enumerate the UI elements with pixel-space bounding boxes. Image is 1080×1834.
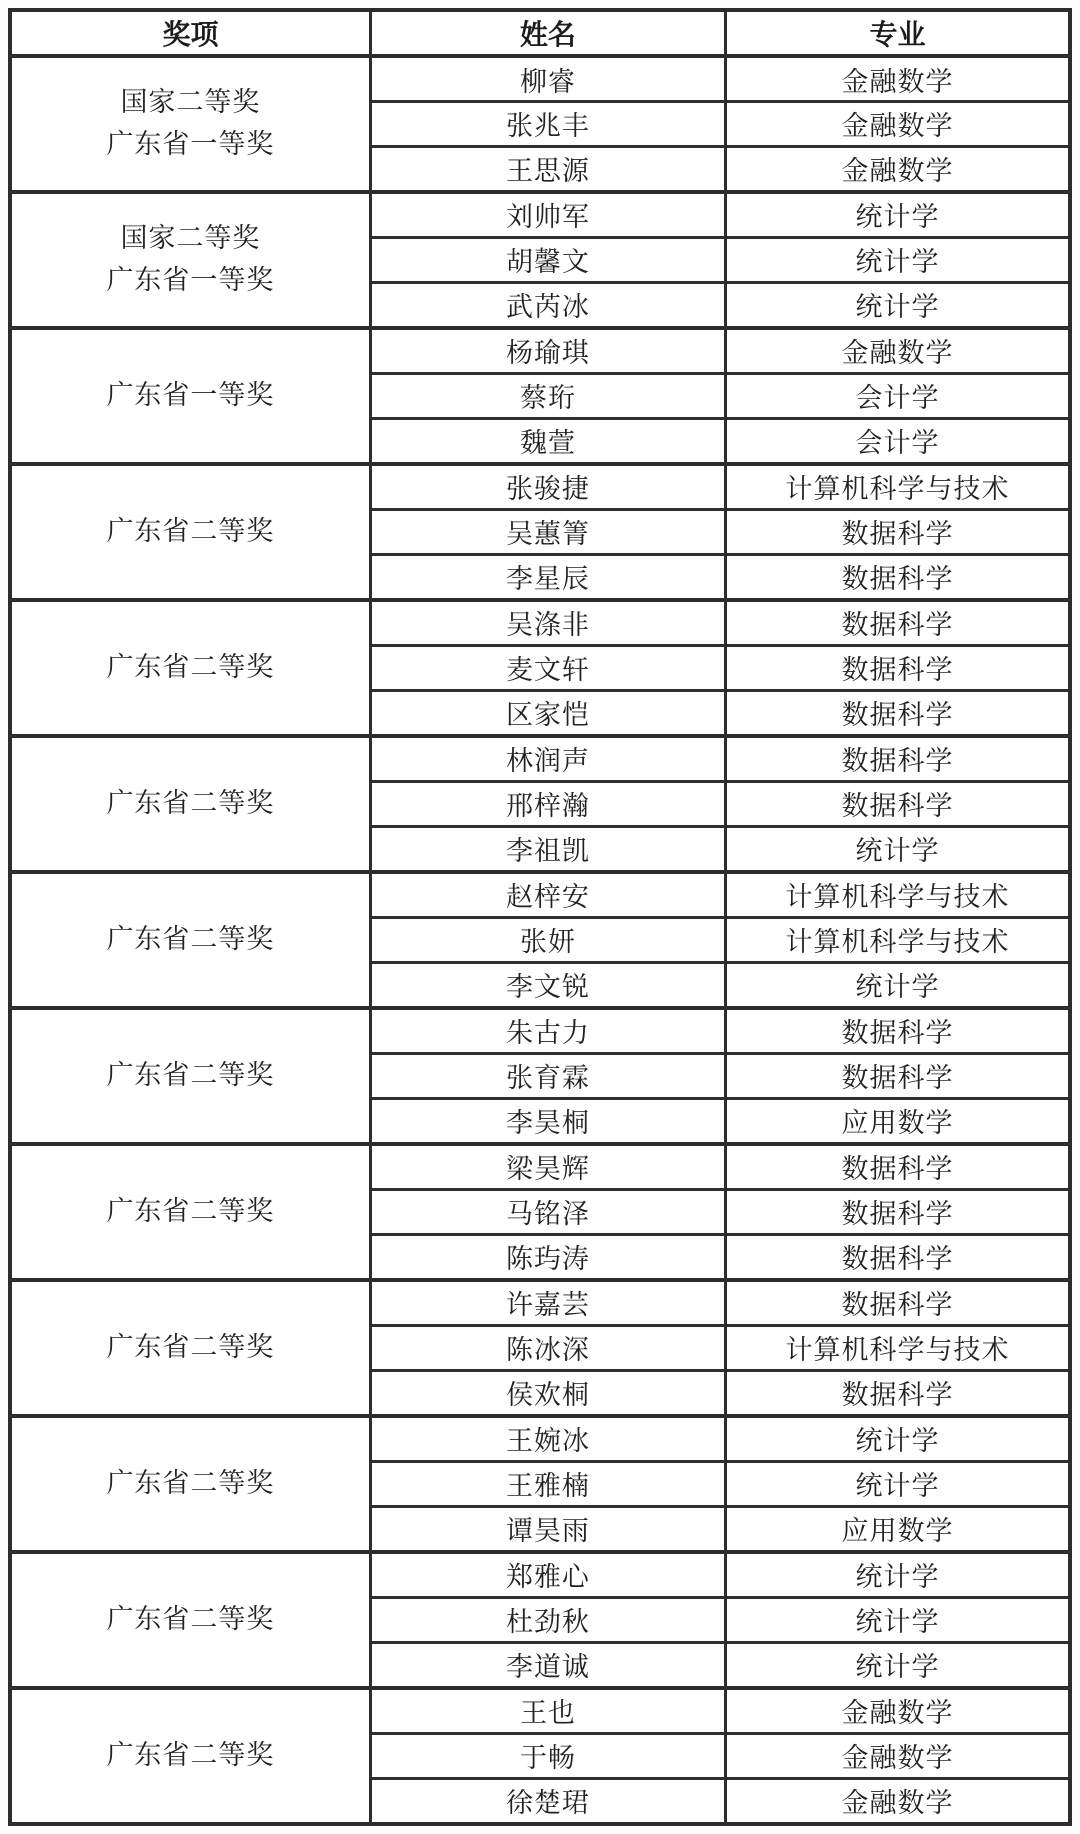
major-cell: 金融数学 [725, 102, 1070, 147]
table-row: 广东省二等奖吴涤非数据科学 [10, 600, 1070, 646]
name-cell: 马铭泽 [370, 1189, 725, 1234]
name-cell: 杜劲秋 [370, 1597, 725, 1642]
major-cell: 数据科学 [725, 554, 1070, 600]
award-cell: 广东省二等奖 [10, 464, 370, 600]
table-row: 广东省二等奖林润声数据科学 [10, 736, 1070, 782]
major-cell: 统计学 [725, 1552, 1070, 1598]
major-cell: 统计学 [725, 962, 1070, 1008]
major-cell: 统计学 [725, 192, 1070, 238]
name-cell: 梁昊辉 [370, 1144, 725, 1190]
award-line: 广东省二等奖 [12, 919, 369, 961]
name-cell: 王也 [370, 1688, 725, 1734]
name-cell: 杨瑜琪 [370, 328, 725, 374]
major-cell: 数据科学 [725, 781, 1070, 826]
major-cell: 数据科学 [725, 600, 1070, 646]
name-cell: 李星辰 [370, 554, 725, 600]
name-cell: 张育霖 [370, 1053, 725, 1098]
table-row: 广东省二等奖赵梓安计算机科学与技术 [10, 872, 1070, 918]
table-row: 广东省二等奖许嘉芸数据科学 [10, 1280, 1070, 1326]
award-line: 广东省二等奖 [12, 1735, 369, 1777]
major-cell: 计算机科学与技术 [725, 1325, 1070, 1370]
major-cell: 应用数学 [725, 1098, 1070, 1144]
name-cell: 陈玙涛 [370, 1234, 725, 1280]
name-cell: 张骏捷 [370, 464, 725, 510]
name-cell: 赵梓安 [370, 872, 725, 918]
major-cell: 数据科学 [725, 1370, 1070, 1416]
name-cell: 郑雅心 [370, 1552, 725, 1598]
major-cell: 数据科学 [725, 736, 1070, 782]
name-cell: 王雅楠 [370, 1461, 725, 1506]
name-cell: 张妍 [370, 917, 725, 962]
award-line: 广东省二等奖 [12, 1463, 369, 1505]
major-cell: 统计学 [725, 1461, 1070, 1506]
name-cell: 魏萱 [370, 418, 725, 464]
award-line: 国家二等奖 [12, 82, 369, 124]
name-cell: 徐楚珺 [370, 1778, 725, 1824]
table-row: 国家二等奖广东省一等奖刘帅军统计学 [10, 192, 1070, 238]
major-cell: 统计学 [725, 282, 1070, 328]
name-cell: 吴涤非 [370, 600, 725, 646]
table-row: 广东省二等奖张骏捷计算机科学与技术 [10, 464, 1070, 510]
table-row: 广东省二等奖朱古力数据科学 [10, 1008, 1070, 1054]
name-cell: 蔡珩 [370, 373, 725, 418]
header-award: 奖项 [10, 10, 370, 56]
name-cell: 邢梓瀚 [370, 781, 725, 826]
major-cell: 数据科学 [725, 1280, 1070, 1326]
major-cell: 金融数学 [725, 1733, 1070, 1778]
name-cell: 李祖凯 [370, 826, 725, 872]
major-cell: 应用数学 [725, 1506, 1070, 1552]
name-cell: 李道诚 [370, 1642, 725, 1688]
name-cell: 王思源 [370, 146, 725, 192]
name-cell: 吴蕙箐 [370, 509, 725, 554]
major-cell: 数据科学 [725, 1008, 1070, 1054]
award-line: 广东省二等奖 [12, 511, 369, 553]
award-line: 广东省二等奖 [12, 1055, 369, 1097]
major-cell: 金融数学 [725, 1778, 1070, 1824]
award-cell: 广东省二等奖 [10, 1688, 370, 1824]
table-row: 广东省二等奖梁昊辉数据科学 [10, 1144, 1070, 1190]
name-cell: 于畅 [370, 1733, 725, 1778]
award-line: 广东省二等奖 [12, 1599, 369, 1641]
award-cell: 广东省二等奖 [10, 1552, 370, 1688]
award-cell: 广东省二等奖 [10, 1008, 370, 1144]
table-row: 国家二等奖广东省一等奖柳睿金融数学 [10, 56, 1070, 102]
major-cell: 数据科学 [725, 690, 1070, 736]
major-cell: 数据科学 [725, 509, 1070, 554]
name-cell: 林润声 [370, 736, 725, 782]
table-row: 广东省二等奖王婉冰统计学 [10, 1416, 1070, 1462]
name-cell: 柳睿 [370, 56, 725, 102]
table-row: 广东省二等奖郑雅心统计学 [10, 1552, 1070, 1598]
major-cell: 会计学 [725, 373, 1070, 418]
award-cell: 国家二等奖广东省一等奖 [10, 192, 370, 328]
major-cell: 数据科学 [725, 1189, 1070, 1234]
header-row: 奖项 姓名 专业 [10, 10, 1070, 56]
award-cell: 广东省二等奖 [10, 872, 370, 1008]
awards-table: 奖项 姓名 专业 国家二等奖广东省一等奖柳睿金融数学张兆丰金融数学王思源金融数学… [8, 8, 1072, 1826]
name-cell: 刘帅军 [370, 192, 725, 238]
major-cell: 数据科学 [725, 1234, 1070, 1280]
name-cell: 侯欢桐 [370, 1370, 725, 1416]
name-cell: 区家恺 [370, 690, 725, 736]
award-line: 广东省二等奖 [12, 1327, 369, 1369]
major-cell: 统计学 [725, 1642, 1070, 1688]
award-line: 广东省二等奖 [12, 783, 369, 825]
header-name: 姓名 [370, 10, 725, 56]
major-cell: 计算机科学与技术 [725, 872, 1070, 918]
award-cell: 国家二等奖广东省一等奖 [10, 56, 370, 192]
name-cell: 胡馨文 [370, 237, 725, 282]
name-cell: 陈冰深 [370, 1325, 725, 1370]
award-line: 广东省一等奖 [12, 124, 369, 166]
award-line: 国家二等奖 [12, 218, 369, 260]
page: 奖项 姓名 专业 国家二等奖广东省一等奖柳睿金融数学张兆丰金融数学王思源金融数学… [0, 0, 1080, 1834]
name-cell: 李昊桐 [370, 1098, 725, 1144]
table-row: 广东省二等奖王也金融数学 [10, 1688, 1070, 1734]
major-cell: 会计学 [725, 418, 1070, 464]
award-line: 广东省二等奖 [12, 647, 369, 689]
major-cell: 金融数学 [725, 1688, 1070, 1734]
award-line: 广东省一等奖 [12, 260, 369, 302]
award-cell: 广东省一等奖 [10, 328, 370, 464]
major-cell: 统计学 [725, 1597, 1070, 1642]
major-cell: 统计学 [725, 826, 1070, 872]
award-cell: 广东省二等奖 [10, 736, 370, 872]
name-cell: 王婉冰 [370, 1416, 725, 1462]
award-cell: 广东省二等奖 [10, 1416, 370, 1552]
name-cell: 李文锐 [370, 962, 725, 1008]
major-cell: 统计学 [725, 237, 1070, 282]
award-cell: 广东省二等奖 [10, 1280, 370, 1416]
major-cell: 金融数学 [725, 56, 1070, 102]
major-cell: 计算机科学与技术 [725, 917, 1070, 962]
table-row: 广东省一等奖杨瑜琪金融数学 [10, 328, 1070, 374]
award-line: 广东省二等奖 [12, 1191, 369, 1233]
major-cell: 金融数学 [725, 328, 1070, 374]
award-cell: 广东省二等奖 [10, 1144, 370, 1280]
name-cell: 谭昊雨 [370, 1506, 725, 1552]
name-cell: 张兆丰 [370, 102, 725, 147]
major-cell: 数据科学 [725, 645, 1070, 690]
award-cell: 广东省二等奖 [10, 600, 370, 736]
award-line: 广东省一等奖 [12, 375, 369, 417]
major-cell: 金融数学 [725, 146, 1070, 192]
name-cell: 许嘉芸 [370, 1280, 725, 1326]
major-cell: 数据科学 [725, 1144, 1070, 1190]
name-cell: 朱古力 [370, 1008, 725, 1054]
header-major: 专业 [725, 10, 1070, 56]
name-cell: 麦文轩 [370, 645, 725, 690]
name-cell: 武芮冰 [370, 282, 725, 328]
major-cell: 数据科学 [725, 1053, 1070, 1098]
major-cell: 统计学 [725, 1416, 1070, 1462]
major-cell: 计算机科学与技术 [725, 464, 1070, 510]
